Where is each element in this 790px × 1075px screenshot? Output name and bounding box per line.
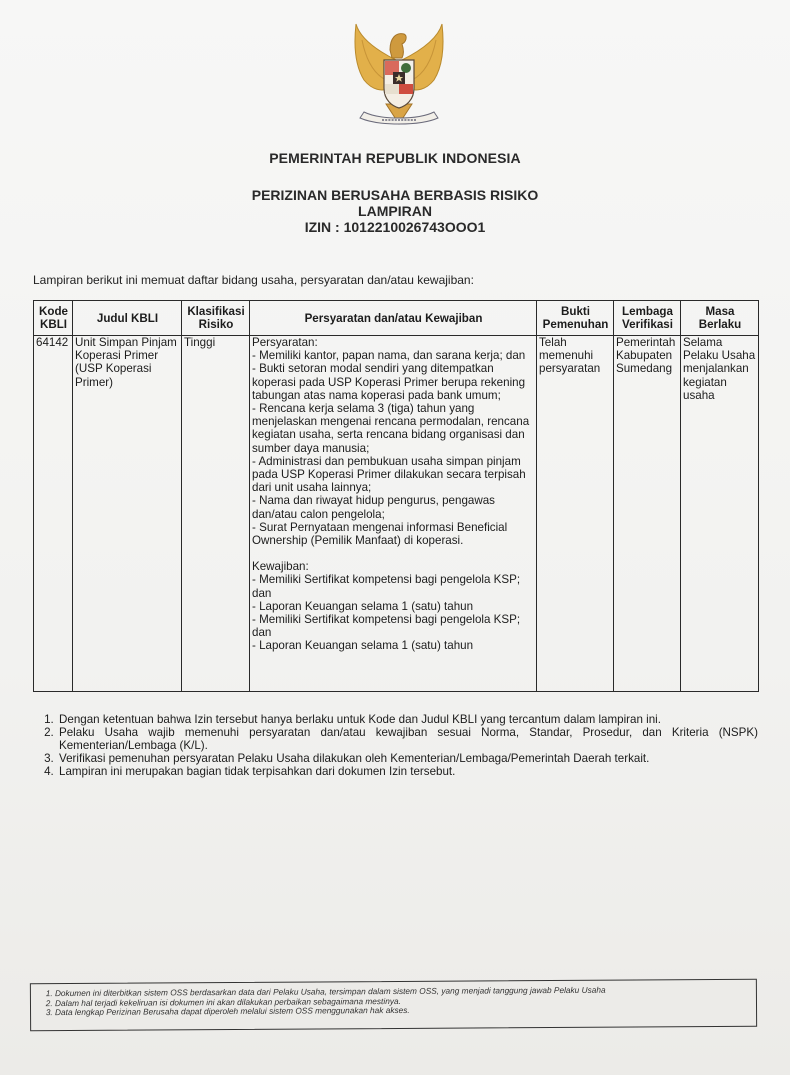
footer-disclaimer-box: Dokumen ini diterbitkan sistem OSS berda… [30,979,757,1031]
kewajiban-item: - Laporan Keuangan selama 1 (satu) tahun [252,639,535,652]
cell-judul: Unit Simpan Pinjam Koperasi Primer (USP … [73,336,182,692]
persyaratan-item: - Nama dan riwayat hidup pengurus, penga… [252,494,535,520]
cell-lembaga: Pemerintah Kabupaten Sumedang [614,336,681,692]
note-item: Dengan ketentuan bahwa Izin tersebut han… [57,713,758,726]
note-item: Pelaku Usaha wajib memenuhi persyaratan … [57,726,758,752]
document-title-block: PERIZINAN BERUSAHA BERBASIS RISIKO LAMPI… [0,187,790,235]
table-header-row: Kode KBLI Judul KBLI Klasifikasi Risiko … [34,301,759,336]
header-bukti-pemenuhan: Bukti Pemenuhan [537,301,614,336]
header-masa-berlaku: Masa Berlaku [681,301,759,336]
cell-risiko: Tinggi [182,336,250,692]
header-judul-kbli: Judul KBLI [73,301,182,336]
intro-text: Lampiran berikut ini memuat daftar bidan… [33,273,474,287]
spacer [252,547,535,560]
persyaratan-item: - Rencana kerja selama 3 (tiga) tahun ya… [252,402,535,455]
table-row: 64142 Unit Simpan Pinjam Koperasi Primer… [34,336,759,692]
footer-list: Dokumen ini diterbitkan sistem OSS berda… [31,985,756,1018]
cell-masa: Selama Pelaku Usaha menjalankan kegiatan… [681,336,759,692]
cell-kode: 64142 [34,336,73,692]
kewajiban-item: - Memiliki Sertifikat kompetensi bagi pe… [252,613,535,639]
garuda-emblem-icon [346,20,452,132]
notes-list: Dengan ketentuan bahwa Izin tersebut han… [33,713,758,778]
persyaratan-item: - Administrasi dan pembukuan usaha simpa… [252,455,535,495]
note-item: Verifikasi pemenuhan persyaratan Pelaku … [57,752,758,765]
persyaratan-item: - Surat Pernyataan mengenai informasi Be… [252,521,535,547]
persyaratan-item: - Bukti setoran modal sendiri yang ditem… [252,362,535,402]
footer-item: Data lengkap Perizinan Berusaha dapat di… [55,1004,756,1018]
kewajiban-label: Kewajiban: [252,560,535,573]
government-heading: PEMERINTAH REPUBLIK INDONESIA [0,150,790,166]
note-item: Lampiran ini merupakan bagian tidak terp… [57,765,758,778]
kewajiban-item: - Memiliki Sertifikat kompetensi bagi pe… [252,573,535,599]
cell-persyaratan: Persyaratan: - Memiliki kantor, papan na… [250,336,537,692]
permit-number: IZIN : 1012210026743OOO1 [0,219,790,235]
document-page: PEMERINTAH REPUBLIK INDONESIA PERIZINAN … [0,0,790,1075]
header-persyaratan: Persyaratan dan/atau Kewajiban [250,301,537,336]
header-kode-kbli: Kode KBLI [34,301,73,336]
header-lembaga-verifikasi: Lembaga Verifikasi [614,301,681,336]
cell-bukti: Telah memenuhi persyaratan [537,336,614,692]
persyaratan-label: Persyaratan: [252,336,535,349]
kbli-table: Kode KBLI Judul KBLI Klasifikasi Risiko … [33,300,759,692]
header-klasifikasi-risiko: Klasifikasi Risiko [182,301,250,336]
document-subtitle: LAMPIRAN [0,203,790,219]
persyaratan-item: - Memiliki kantor, papan nama, dan saran… [252,349,535,362]
kewajiban-item: - Laporan Keuangan selama 1 (satu) tahun [252,600,535,613]
document-title: PERIZINAN BERUSAHA BERBASIS RISIKO [0,187,790,203]
